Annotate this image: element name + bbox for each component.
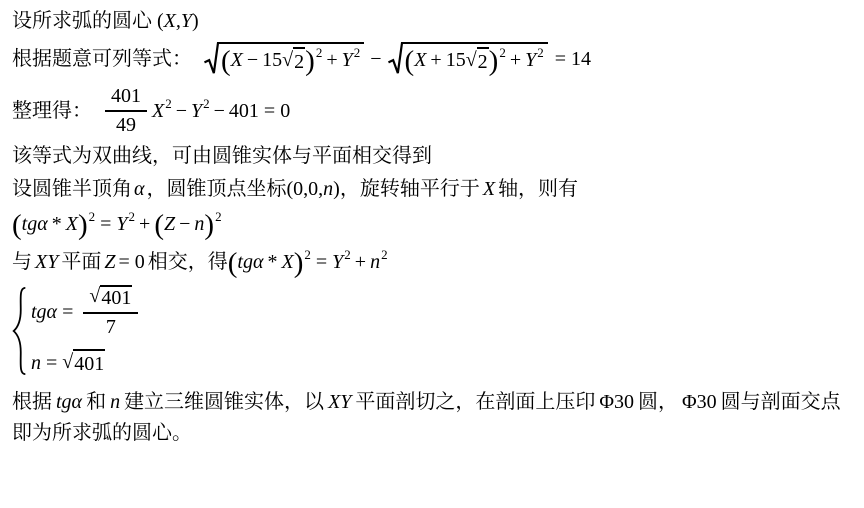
exponent: 2	[215, 209, 222, 224]
exponent: 2	[344, 247, 351, 262]
var-z: Z	[104, 251, 115, 273]
minus-sign: −	[247, 49, 258, 71]
apex-coords-close: )	[333, 178, 340, 200]
radicand-401: 401	[73, 349, 105, 377]
intersect-text-2: 平面	[61, 251, 101, 273]
exponent: 2	[165, 96, 172, 111]
cone-setup-text-1: 设圆锥半顶角	[12, 178, 132, 200]
paren-close: )	[192, 10, 199, 32]
system-of-equations: tgα = √401 7 n = √401	[12, 285, 852, 385]
exponent: 2	[381, 247, 388, 262]
document-page: 设所求弧的圆心 (X,Y) 根据题意可列等式： (X−15√2)2+Y2 − (…	[0, 0, 864, 508]
tg-alpha: tgα	[237, 251, 263, 273]
exponent: 2	[316, 45, 323, 60]
sqrt-sign: √	[89, 285, 100, 308]
paren-close: )	[204, 209, 214, 241]
line-arc-center-intro: 设所求弧的圆心 (X,Y)	[12, 8, 852, 34]
rhs-value: 14	[571, 46, 591, 72]
radicand-1: (X−15√2)2+Y2	[219, 42, 364, 75]
equals-sign: =	[264, 100, 275, 122]
radical-term-1: (X−15√2)2+Y2	[204, 42, 364, 75]
paren-open: (	[221, 45, 231, 77]
exponent: 2	[354, 45, 361, 60]
var-y: Y	[191, 100, 202, 122]
var-n: n	[194, 213, 204, 235]
conclusion-text-5: 圆，	[638, 391, 678, 413]
minus-sign: −	[370, 46, 381, 72]
var-y: Y	[525, 49, 536, 71]
var-y: Y	[116, 213, 127, 235]
radical-term-2: (X+15√2)2+Y2	[388, 42, 548, 75]
exponent: 2	[129, 209, 136, 224]
fraction-denominator: 7	[106, 314, 116, 339]
minus-sign: −	[214, 100, 225, 122]
var-n: n	[370, 251, 380, 273]
constant-401: 401	[229, 100, 259, 122]
var-x: X	[152, 100, 164, 122]
equals-sign: =	[316, 251, 327, 273]
exponent: 2	[203, 96, 210, 111]
equals-sign: =	[100, 213, 111, 235]
paren-open: (	[405, 45, 415, 77]
var-alpha: α	[134, 178, 145, 200]
conclusion-text-4: 平面剖切之，在剖面上压印	[355, 391, 595, 413]
asterisk: *	[267, 251, 277, 273]
zero-value: 0	[280, 100, 290, 122]
sqrt-radical-sign	[388, 42, 403, 75]
paren-open: (	[157, 10, 164, 32]
minus-sign: −	[176, 100, 187, 122]
equation-cone-line: (tgα*X)2=Y2+(Z−n)2	[12, 211, 852, 237]
tg-alpha: tgα	[31, 299, 57, 325]
plus-sign: +	[430, 49, 441, 71]
line-cone-setup: 设圆锥半顶角α，圆锥顶点坐标(0,0,n)，旋转轴平行于X轴，则有	[12, 176, 852, 202]
var-x: X	[483, 178, 495, 200]
paren-close: )	[78, 209, 88, 241]
system-row-tg-alpha: tgα = √401 7	[31, 285, 143, 339]
conclusion-text-1: 根据	[12, 391, 52, 413]
conclusion-text-3: 建立三维圆锥实体，以	[124, 391, 324, 413]
minus-sign: −	[179, 213, 190, 235]
conclusion-paragraph: 根据tgα和n建立三维圆锥实体，以XY平面剖切之，在剖面上压印Φ30圆，Φ30圆…	[12, 387, 852, 449]
system-row-n: n = √401	[31, 349, 143, 377]
var-x: X	[231, 49, 243, 71]
var-xy: XY	[328, 391, 351, 413]
intro-text: 设所求弧的圆心	[12, 10, 152, 32]
sqrt-sign: √	[466, 47, 477, 73]
var-z: Z	[164, 213, 175, 235]
equals-sign: =	[62, 299, 73, 325]
intersect-text-3: 相交，得	[148, 251, 228, 273]
exponent: 2	[89, 209, 96, 224]
equation-intersection-line: 与XY平面Z= 0相交，得(tgα*X)2=Y2+n2	[12, 249, 852, 275]
z-equals-zero: = 0	[118, 251, 144, 273]
intersect-text-1: 与	[12, 251, 32, 273]
var-n: n	[110, 391, 120, 413]
system-rows: tgα = √401 7 n = √401	[31, 285, 143, 377]
fraction-numerator: 401	[105, 85, 147, 112]
exponent: 2	[537, 45, 544, 60]
equation-main-line: 根据题意可列等式： (X−15√2)2+Y2 − (X+15√2)2+Y2 = …	[12, 42, 852, 75]
asterisk: *	[52, 213, 62, 235]
equals-sign: =	[46, 350, 57, 376]
apex-coords-open: (0,0,	[287, 178, 324, 200]
equation-simplified-body: X2−Y2−401=0	[152, 98, 290, 124]
exponent: 2	[499, 45, 506, 60]
var-x: X	[414, 49, 426, 71]
var-y: Y	[332, 251, 343, 273]
tg-alpha: tgα	[22, 213, 48, 235]
sqrt-401: √401	[62, 349, 105, 377]
phi-30-diameter: Φ30	[599, 391, 634, 413]
conclusion-text-2: 和	[86, 391, 106, 413]
sqrt-sign: √	[62, 349, 73, 375]
center-coords: X,Y	[164, 10, 192, 32]
sqrt-radical-sign	[204, 42, 219, 75]
hyperbola-note-text: 该等式为双曲线，可由圆锥实体与平面相交得到	[12, 145, 432, 167]
var-x: X	[281, 251, 293, 273]
var-y: Y	[342, 49, 353, 71]
radicand-2-value: 2	[477, 47, 489, 75]
radicand-2-value: 2	[293, 47, 305, 75]
tg-alpha: tgα	[56, 391, 82, 413]
paren-close: )	[305, 45, 315, 77]
equation-simplified-line: 整理得： 401 49 X2−Y2−401=0	[12, 85, 852, 137]
inner-sqrt-2: √2	[466, 47, 489, 75]
paren-close: )	[489, 45, 499, 77]
left-brace-icon	[12, 287, 27, 375]
sqrt-sign: √	[282, 47, 293, 73]
plus-sign: +	[355, 251, 366, 273]
radicand-2: (X+15√2)2+Y2	[403, 42, 548, 75]
fraction-sqrt401-7: √401 7	[83, 285, 138, 339]
var-n: n	[31, 350, 41, 376]
plus-sign: +	[326, 49, 337, 71]
radicand-401: 401	[100, 285, 132, 310]
phi-30-diameter: Φ30	[682, 391, 717, 413]
equals-sign: =	[555, 46, 566, 72]
coefficient: 15	[262, 49, 282, 71]
cone-setup-text-4: 轴，则有	[498, 178, 578, 200]
plus-sign: +	[139, 213, 150, 235]
equation-main-label: 根据题意可列等式：	[12, 46, 192, 72]
line-hyperbola-note: 该等式为双曲线，可由圆锥实体与平面相交得到	[12, 143, 852, 169]
paren-open: (	[228, 247, 238, 279]
sqrt-401: √401	[89, 285, 132, 310]
paren-open: (	[12, 209, 22, 241]
exponent: 2	[304, 247, 311, 262]
fraction-denominator: 49	[116, 112, 136, 137]
simplified-label: 整理得：	[12, 98, 92, 124]
var-xy: XY	[35, 251, 58, 273]
paren-open: (	[154, 209, 164, 241]
cone-setup-text-2: ，圆锥顶点坐标	[147, 178, 287, 200]
inner-sqrt-2: √2	[282, 47, 305, 75]
var-x: X	[66, 213, 78, 235]
var-n: n	[323, 178, 333, 200]
fraction-numerator: √401	[83, 285, 138, 314]
coefficient: 15	[446, 49, 466, 71]
paren-close: )	[294, 247, 304, 279]
fraction-401-49: 401 49	[105, 85, 147, 137]
plus-sign: +	[510, 49, 521, 71]
cone-setup-text-3: ，旋转轴平行于	[340, 178, 480, 200]
